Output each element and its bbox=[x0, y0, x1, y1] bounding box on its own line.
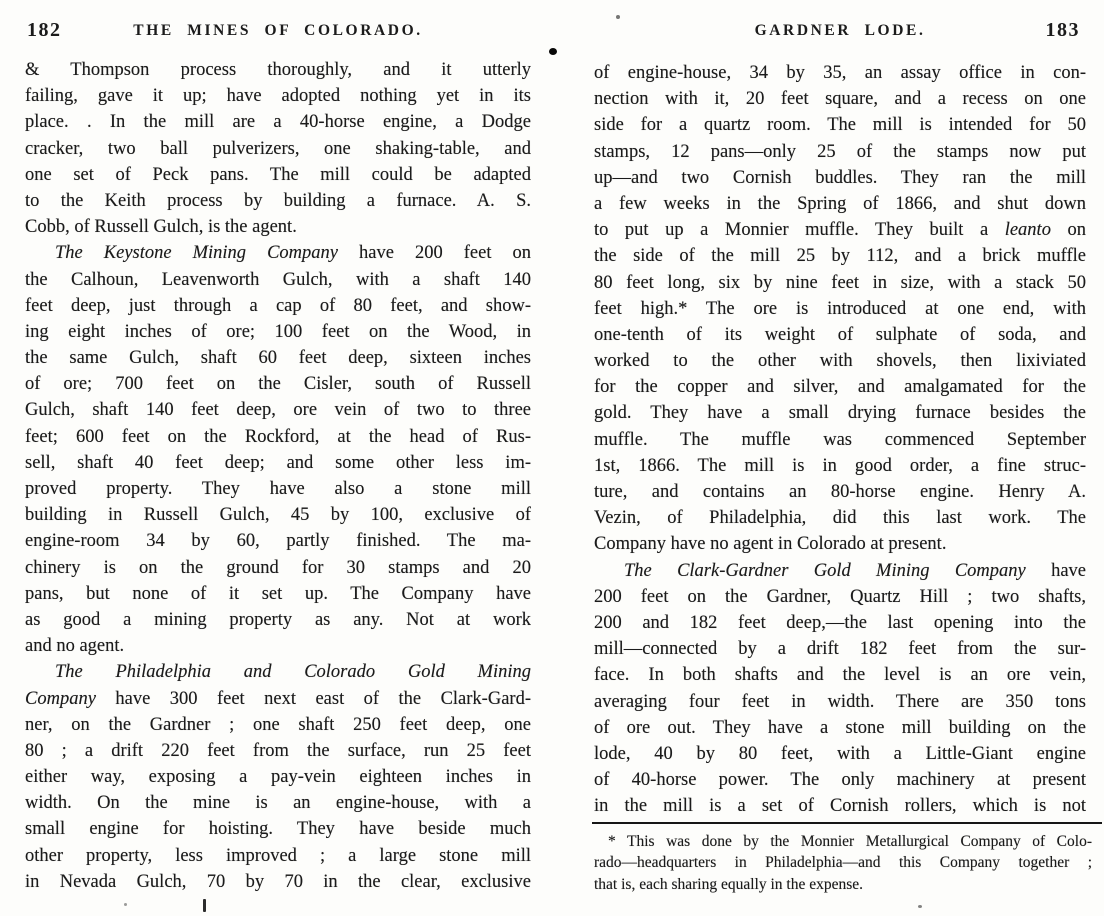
ink-spot bbox=[124, 903, 127, 906]
text-segment: in the mill is a set of Cornish rollers,… bbox=[594, 796, 1086, 816]
text-segment: small engine for hoisting. They have bes… bbox=[25, 819, 531, 839]
text-line: Company have no agent in Colorado at pre… bbox=[594, 531, 1086, 557]
text-segment: on bbox=[1051, 220, 1086, 240]
italic-text-segment: The Clark-Gardner Gold Mining Company bbox=[624, 561, 1026, 581]
text-line: of 40-horse power. The only machinery at… bbox=[594, 767, 1086, 793]
text-segment: stamps, 12 pans—only 25 of the stamps no… bbox=[594, 142, 1086, 162]
text-line: 80 feet long, six by nine feet in size, … bbox=[594, 270, 1086, 296]
footnote-text: * This was done by the Monnier Metallurg… bbox=[594, 831, 1092, 895]
text-line: failing, gave it up; have adopted nothin… bbox=[25, 83, 531, 109]
text-segment: ing eight inches of ore; 100 feet on the… bbox=[25, 322, 531, 342]
text-segment: of 40-horse power. The only machinery at… bbox=[594, 770, 1086, 790]
text-segment: gold. They have a small drying furnace b… bbox=[594, 403, 1086, 423]
text-line: lode, 40 by 80 feet, with a Little-Giant… bbox=[594, 741, 1086, 767]
text-segment: feet deep, just through a cap of 80 feet… bbox=[25, 296, 531, 316]
text-segment: as good a mining property as any. Not at… bbox=[25, 610, 531, 630]
text-segment: mill—connected by a drift 182 feet from … bbox=[594, 639, 1086, 659]
text-line: of ore out. They have a stone mill build… bbox=[594, 715, 1086, 741]
text-line: a few weeks in the Spring of 1866, and s… bbox=[594, 191, 1086, 217]
right-page-text-column: of engine-house, 34 by 35, an assay offi… bbox=[594, 60, 1086, 819]
text-segment: muffle. The muffle was commenced Septemb… bbox=[594, 430, 1086, 450]
text-segment: building in Russell Gulch, 45 by 100, ex… bbox=[25, 505, 531, 525]
text-line: building in Russell Gulch, 45 by 100, ex… bbox=[25, 502, 531, 528]
italic-text-segment: leanto bbox=[1005, 220, 1051, 240]
text-line: ture, and contains an 80-horse engine. H… bbox=[594, 479, 1086, 505]
text-line: in Nevada Gulch, 70 by 70 in the clear, … bbox=[25, 869, 531, 895]
text-segment: feet high.* The ore is introduced at one… bbox=[594, 299, 1086, 319]
text-line: feet; 600 feet on the Rockford, at the h… bbox=[25, 424, 531, 450]
text-segment: side for a quartz room. The mill is inte… bbox=[594, 115, 1086, 135]
text-line: * This was done by the Monnier Metallurg… bbox=[594, 831, 1092, 852]
text-line: in the mill is a set of Cornish rollers,… bbox=[594, 793, 1086, 819]
italic-text-segment: The Philadelphia and Colorado Gold Minin… bbox=[55, 662, 531, 682]
text-line: and no agent. bbox=[25, 633, 531, 659]
text-line: of ore; 700 feet on the Cisler, south of… bbox=[25, 371, 531, 397]
text-segment: either way, exposing a pay-vein eighteen… bbox=[25, 767, 531, 787]
running-head-left: THE MINES OF COLORADO. bbox=[25, 19, 531, 40]
text-line: chinery is on the ground for 30 stamps a… bbox=[25, 555, 531, 581]
text-segment: pans, but none of it set up. The Company… bbox=[25, 584, 531, 604]
text-line: cracker, two ball pulverizers, one shaki… bbox=[25, 136, 531, 162]
text-segment: width. On the mine is an engine-house, w… bbox=[25, 793, 531, 813]
text-segment: worked to the other with shovels, then l… bbox=[594, 351, 1086, 371]
text-segment: lode, 40 by 80 feet, with a Little-Giant… bbox=[594, 744, 1086, 764]
text-segment: cracker, two ball pulverizers, one shaki… bbox=[25, 139, 531, 159]
text-segment: rado—headquarters in Philadelphia—and th… bbox=[594, 854, 1092, 871]
text-line: feet deep, just through a cap of 80 feet… bbox=[25, 293, 531, 319]
text-line: 200 and 182 feet deep,—the last opening … bbox=[594, 610, 1086, 636]
text-line: stamps, 12 pans—only 25 of the stamps no… bbox=[594, 139, 1086, 165]
text-segment: Cobb, of Russell Gulch, is the agent. bbox=[25, 217, 297, 237]
text-segment: nection with it, 20 feet square, and a r… bbox=[594, 89, 1086, 109]
text-segment: one set of Peck pans. The mill could be … bbox=[25, 165, 531, 185]
text-segment: engine-room 34 by 60, partly finished. T… bbox=[25, 531, 531, 551]
text-line: small engine for hoisting. They have bes… bbox=[25, 816, 531, 842]
text-segment: Company have no agent in Colorado at pre… bbox=[594, 534, 946, 554]
text-segment: Gulch, shaft 140 feet deep, ore vein of … bbox=[25, 400, 531, 420]
text-segment: of engine-house, 34 by 35, an assay offi… bbox=[594, 63, 1086, 83]
text-line: The Clark-Gardner Gold Mining Company ha… bbox=[594, 558, 1086, 584]
text-line: Cobb, of Russell Gulch, is the agent. bbox=[25, 214, 531, 240]
text-line: pans, but none of it set up. The Company… bbox=[25, 581, 531, 607]
italic-text-segment: Company bbox=[25, 689, 96, 709]
page-number-right: 183 bbox=[1046, 19, 1081, 42]
text-segment: a few weeks in the Spring of 1866, and s… bbox=[594, 194, 1086, 214]
text-segment: to put up a Monnier muffle. They built a bbox=[594, 220, 1005, 240]
text-line: The Keystone Mining Company have 200 fee… bbox=[25, 240, 531, 266]
text-line: mill—connected by a drift 182 feet from … bbox=[594, 636, 1086, 662]
text-line: ing eight inches of ore; 100 feet on the… bbox=[25, 319, 531, 345]
text-line: engine-room 34 by 60, partly finished. T… bbox=[25, 528, 531, 554]
text-line: The Philadelphia and Colorado Gold Minin… bbox=[25, 659, 531, 685]
text-segment: chinery is on the ground for 30 stamps a… bbox=[25, 558, 531, 578]
running-head-right: GARDNER LODE. bbox=[594, 19, 1086, 40]
text-line: & Thompson process thoroughly, and it ut… bbox=[25, 57, 531, 83]
text-segment: that is, each sharing equally in the exp… bbox=[594, 876, 863, 893]
text-segment: Vezin, of Philadelphia, did this last wo… bbox=[594, 508, 1086, 528]
text-line: the same Gulch, shaft 60 feet deep, sixt… bbox=[25, 345, 531, 371]
text-line: rado—headquarters in Philadelphia—and th… bbox=[594, 852, 1092, 873]
text-line: proved property. They have also a stone … bbox=[25, 476, 531, 502]
text-segment: have 200 feet on bbox=[338, 243, 531, 263]
text-line: one set of Peck pans. The mill could be … bbox=[25, 162, 531, 188]
text-line: of engine-house, 34 by 35, an assay offi… bbox=[594, 60, 1086, 86]
italic-text-segment: The Keystone Mining Company bbox=[55, 243, 338, 263]
text-segment: averaging four feet in width. There are … bbox=[594, 692, 1086, 712]
text-line: the Calhoun, Leavenworth Gulch, with a s… bbox=[25, 267, 531, 293]
text-segment: face. In both shafts and the level is an… bbox=[594, 665, 1086, 685]
right-page-header: GARDNER LODE. 183 bbox=[594, 19, 1086, 43]
text-line: either way, exposing a pay-vein eighteen… bbox=[25, 764, 531, 790]
text-line: muffle. The muffle was commenced Septemb… bbox=[594, 427, 1086, 453]
page-number-left: 182 bbox=[27, 19, 62, 42]
text-segment: 200 and 182 feet deep,—the last opening … bbox=[594, 613, 1086, 633]
text-segment: to the Keith process by building a furna… bbox=[25, 191, 531, 211]
text-segment: have bbox=[1026, 561, 1086, 581]
text-segment: of ore; 700 feet on the Cisler, south of… bbox=[25, 374, 531, 394]
text-line: face. In both shafts and the level is an… bbox=[594, 662, 1086, 688]
text-segment: the same Gulch, shaft 60 feet deep, sixt… bbox=[25, 348, 531, 368]
text-segment: one-tenth of its weight of sulphate of s… bbox=[594, 325, 1086, 345]
text-segment: other property, less improved ; a large … bbox=[25, 846, 531, 866]
text-line: sell, shaft 40 feet deep; and some other… bbox=[25, 450, 531, 476]
text-line: width. On the mine is an engine-house, w… bbox=[25, 790, 531, 816]
text-line: gold. They have a small drying furnace b… bbox=[594, 400, 1086, 426]
text-segment: of ore out. They have a stone mill build… bbox=[594, 718, 1086, 738]
text-line: for the copper and silver, and amalgamat… bbox=[594, 374, 1086, 400]
text-line: 200 feet on the Gardner, Quartz Hill ; t… bbox=[594, 584, 1086, 610]
text-line: ner, on the Gardner ; one shaft 250 feet… bbox=[25, 712, 531, 738]
left-page-text-column: & Thompson process thoroughly, and it ut… bbox=[25, 57, 531, 895]
text-segment: up—and two Cornish buddles. They ran the… bbox=[594, 168, 1086, 188]
text-segment: have 300 feet next east of the Clark-Gar… bbox=[96, 689, 531, 709]
text-line: 1st, 1866. The mill is in good order, a … bbox=[594, 453, 1086, 479]
text-segment: proved property. They have also a stone … bbox=[25, 479, 531, 499]
text-line: averaging four feet in width. There are … bbox=[594, 689, 1086, 715]
text-segment: the Calhoun, Leavenworth Gulch, with a s… bbox=[25, 270, 531, 290]
text-segment: place. . In the mill are a 40-horse engi… bbox=[25, 112, 531, 132]
text-line: as good a mining property as any. Not at… bbox=[25, 607, 531, 633]
text-segment: ner, on the Gardner ; one shaft 250 feet… bbox=[25, 715, 531, 735]
text-line: side for a quartz room. The mill is inte… bbox=[594, 112, 1086, 138]
text-line: place. . In the mill are a 40-horse engi… bbox=[25, 109, 531, 135]
text-line: feet high.* The ore is introduced at one… bbox=[594, 296, 1086, 322]
text-segment: 1st, 1866. The mill is in good order, a … bbox=[594, 456, 1086, 476]
footnote-separator-rule bbox=[592, 822, 1102, 824]
text-segment: in Nevada Gulch, 70 by 70 in the clear, … bbox=[25, 872, 531, 892]
ink-mark bbox=[203, 899, 206, 912]
text-segment: ture, and contains an 80-horse engine. H… bbox=[594, 482, 1086, 502]
text-line: Gulch, shaft 140 feet deep, ore vein of … bbox=[25, 397, 531, 423]
text-line: that is, each sharing equally in the exp… bbox=[594, 874, 1092, 895]
text-segment: 80 ; a drift 220 feet from the surface, … bbox=[25, 741, 531, 761]
text-segment: and no agent. bbox=[25, 636, 124, 656]
text-segment: sell, shaft 40 feet deep; and some other… bbox=[25, 453, 531, 473]
text-line: Company have 300 feet next east of the C… bbox=[25, 686, 531, 712]
text-line: to put up a Monnier muffle. They built a… bbox=[594, 217, 1086, 243]
text-segment: * This was done by the Monnier Metallurg… bbox=[608, 833, 1092, 850]
ink-spot bbox=[616, 15, 620, 19]
text-line: one-tenth of its weight of sulphate of s… bbox=[594, 322, 1086, 348]
ink-spot bbox=[918, 905, 922, 908]
text-segment: the side of the mill 25 by 112, and a br… bbox=[594, 246, 1086, 266]
text-line: worked to the other with shovels, then l… bbox=[594, 348, 1086, 374]
text-segment: 80 feet long, six by nine feet in size, … bbox=[594, 273, 1086, 293]
text-line: Vezin, of Philadelphia, did this last wo… bbox=[594, 505, 1086, 531]
text-segment: for the copper and silver, and amalgamat… bbox=[594, 377, 1086, 397]
ink-spot bbox=[549, 48, 557, 55]
text-line: to the Keith process by building a furna… bbox=[25, 188, 531, 214]
text-line: 80 ; a drift 220 feet from the surface, … bbox=[25, 738, 531, 764]
text-segment: failing, gave it up; have adopted nothin… bbox=[25, 86, 531, 106]
text-line: up—and two Cornish buddles. They ran the… bbox=[594, 165, 1086, 191]
text-segment: & Thompson process thoroughly, and it ut… bbox=[25, 60, 531, 80]
text-segment: feet; 600 feet on the Rockford, at the h… bbox=[25, 427, 531, 447]
left-page-header: 182 THE MINES OF COLORADO. bbox=[25, 19, 531, 43]
text-line: nection with it, 20 feet square, and a r… bbox=[594, 86, 1086, 112]
text-line: other property, less improved ; a large … bbox=[25, 843, 531, 869]
text-segment: 200 feet on the Gardner, Quartz Hill ; t… bbox=[594, 587, 1086, 607]
text-line: the side of the mill 25 by 112, and a br… bbox=[594, 243, 1086, 269]
